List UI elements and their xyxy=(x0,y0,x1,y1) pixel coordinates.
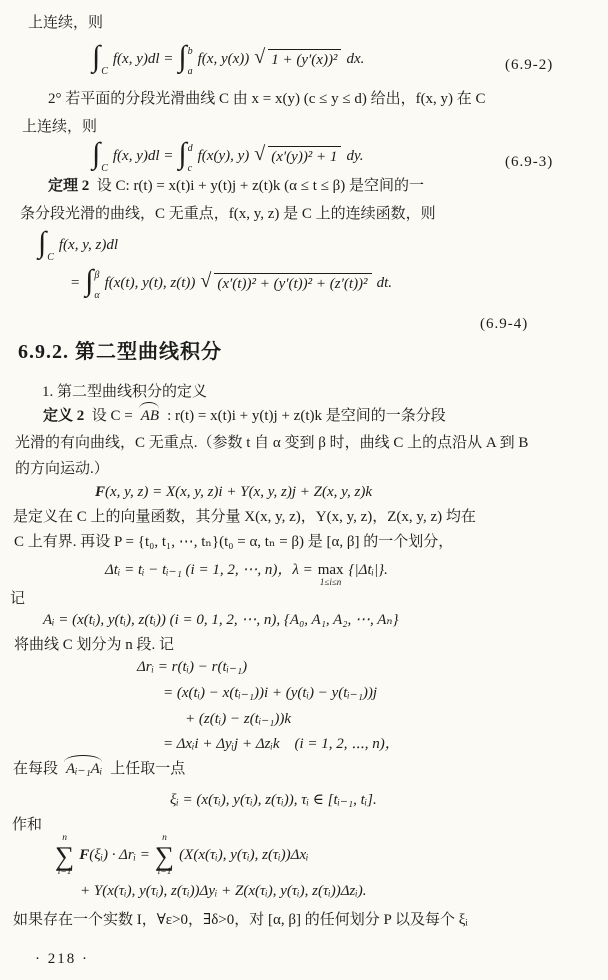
theorem-text: 设 C: r(t) = x(t)i + y(t)j + z(t)k (α ≤ t… xyxy=(97,178,424,194)
delta-r-line-4: = Δxᵢi + Δyᵢj + Δzᵢk (i = 1, 2, ⋯, n)， xyxy=(163,735,400,754)
integral-lower-limit: a xyxy=(188,67,193,77)
integral-upper-limit: d xyxy=(188,144,193,154)
integral-upper-limit: b xyxy=(188,47,193,57)
integral-limits: C xyxy=(47,233,54,263)
delta-r-line-2: = (x(tᵢ) − x(tᵢ₋₁))i + (y(tᵢ) − y(tᵢ₋₁))… xyxy=(163,684,377,703)
case2-line-2: 上连续，则 xyxy=(22,118,97,137)
equation-6-9-4-rhs: = ∫ β α f(x(t), y(t), z(t)) √ (x′(t))² +… xyxy=(70,268,392,298)
sigma-operator: n ∑ i=1 xyxy=(55,834,74,877)
max-subscript: 1≤i≤n xyxy=(320,578,341,587)
case2-line-1: 2° 若平面的分段光滑曲线 C 由 x = x(y) (c ≤ y ≤ d) 给… xyxy=(48,90,486,109)
delta-r-line-1: Δrᵢ = r(tᵢ) − r(tᵢ₋₁) xyxy=(137,658,247,677)
theorem-label: 定理 2 xyxy=(48,178,89,194)
radicand: (x′(y))² + 1 xyxy=(268,146,341,167)
integral-limits: b a xyxy=(188,47,193,77)
max-operator: max 1≤i≤n xyxy=(318,563,344,587)
equation-integrand: f(x, y(x)) xyxy=(198,50,250,69)
theorem-2-line-1: 定理 2 设 C: r(t) = x(t)i + y(t)j + z(t)k (… xyxy=(48,177,424,196)
riemann-sum-line-2: + Y(x(τᵢ), y(τᵢ), z(τᵢ))Δyᵢ + Z(x(τᵢ), y… xyxy=(80,882,366,901)
vector-F: F xyxy=(95,484,105,500)
vector-field-body: (x, y, z) = X(x, y, z)i + Y(x, y, z)j + … xyxy=(105,484,372,500)
segment-pick-line: 在每段Aᵢ₋₁Aᵢ上任取一点 xyxy=(13,760,185,779)
integral-icon: ∫ xyxy=(38,230,46,256)
riemann-sum-line-1: n ∑ i=1 F (ξᵢ) · Δrᵢ = n ∑ i=1 (X(x(τᵢ),… xyxy=(55,834,309,877)
definition-post: : r(t) = x(t)i + y(t)j + z(t)k 是空间的一条分段 xyxy=(167,408,446,424)
sigma-lower-limit: i=1 xyxy=(58,868,72,878)
radicand: 1 + (y′(x))² xyxy=(268,49,341,70)
equation-6-9-3: ∫ C f(x, y)dl = ∫ d c f(x(y), y) √ (x′(y… xyxy=(92,141,364,171)
sigma-icon: ∑ xyxy=(55,844,74,868)
sqrt-icon: √ xyxy=(254,144,265,164)
components-line-2: C 上有界. 再设 P = {t₀, t₁, ⋯, tₙ}(t₀ = α, tₙ… xyxy=(14,533,453,552)
integral-upper-limit xyxy=(101,144,108,153)
integral: ∫ β α xyxy=(85,268,99,298)
integral: ∫ C xyxy=(92,141,108,171)
definition-2-line-1: 定义 2 设 C =AB: r(t) = x(t)i + y(t)j + z(t… xyxy=(43,407,446,426)
sub-heading: 1. 第二型曲线积分的定义 xyxy=(42,383,207,402)
integral-upper-limit xyxy=(101,47,108,56)
sum-F: F xyxy=(79,846,89,865)
sigma-lower-limit: i=1 xyxy=(158,868,172,878)
equation-differential: dt. xyxy=(377,274,392,293)
integral-icon: ∫ xyxy=(92,141,100,167)
integral: ∫ C xyxy=(38,230,54,260)
segment-post: 上任取一点 xyxy=(110,761,185,777)
equation-lhs: f(x, y)dl = xyxy=(113,50,174,69)
page-number: · 218 · xyxy=(35,950,89,969)
divide-curve-line: 将曲线 C 划分为 n 段. 记 xyxy=(14,636,174,655)
equation-6-9-4-lhs: ∫ C f(x, y, z)dl xyxy=(38,230,118,260)
arc-Ai-1-Ai: Aᵢ₋₁Aᵢ xyxy=(64,760,104,779)
integral-limits: C xyxy=(101,47,108,77)
zuohe-label: 作和 xyxy=(12,816,42,835)
radicand: (x′(t))² + (y′(t))² + (z′(t))² xyxy=(214,273,371,294)
paragraph-continuation-line: 上连续，则 xyxy=(28,14,103,33)
max-word: max xyxy=(318,563,344,578)
delta-t-lhs: Δtᵢ = tᵢ − tᵢ₋₁ (i = 1, 2, ⋯, n)，λ = xyxy=(105,561,313,580)
equation-6-9-2: ∫ C f(x, y)dl = ∫ b a f(x, y(x)) √ 1 + (… xyxy=(92,44,364,74)
partition-points-line: Aᵢ = (x(tᵢ), y(tᵢ), z(tᵢ)) (i = 0, 1, 2,… xyxy=(43,611,398,630)
sum-mid: (ξᵢ) · Δrᵢ = xyxy=(89,846,150,865)
equation-differential: dy. xyxy=(346,147,363,166)
integral-limits: β α xyxy=(94,271,99,301)
final-condition-line: 如果存在一个实数 I，∀ε>0，∃δ>0，对 [α, β] 的任何划分 P 以及… xyxy=(13,911,468,930)
sqrt-icon: √ xyxy=(254,47,265,67)
integral-lower-limit: C xyxy=(47,253,54,263)
components-line-1: 是定义在 C 上的向量函数，其分量 X(x, y, z)，Y(x, y, z)，… xyxy=(13,508,476,527)
page: 上连续，则 ∫ C f(x, y)dl = ∫ b a f(x, y(x)) √… xyxy=(0,0,608,980)
delta-t-rhs: {|Δtᵢ|}. xyxy=(349,561,388,580)
integral-upper-limit xyxy=(47,233,54,242)
equation-integrand: f(x(y), y) xyxy=(198,147,250,166)
equation-integrand: f(x(t), y(t), z(t)) xyxy=(105,274,196,293)
integral-icon: ∫ xyxy=(85,268,93,294)
sqrt-icon: √ xyxy=(200,271,211,291)
definition-label: 定义 2 xyxy=(43,408,84,424)
integral-lower-limit: α xyxy=(94,291,99,301)
xi-point-line: ξᵢ = (x(τᵢ), y(τᵢ), z(τᵢ)), τᵢ ∈ [tᵢ₋₁, … xyxy=(170,791,377,810)
integral: ∫ d c xyxy=(178,141,192,171)
delta-t-equation: Δtᵢ = tᵢ − tᵢ₋₁ (i = 1, 2, ⋯, n)，λ = max… xyxy=(105,558,388,582)
integral-limits: C xyxy=(101,144,108,174)
delta-r-line-3: + (z(tᵢ) − z(tᵢ₋₁))k xyxy=(185,710,291,729)
vector-field-equation: F(x, y, z) = X(x, y, z)i + Y(x, y, z)j +… xyxy=(95,483,372,502)
sum-rhs: (X(x(τᵢ), y(τᵢ), z(τᵢ))Δxᵢ xyxy=(179,846,308,865)
integral-lower-limit: C xyxy=(101,164,108,174)
definition-2-line-3: 的方向运动.） xyxy=(15,460,109,479)
integral-upper-limit: β xyxy=(94,271,99,281)
integral: ∫ b a xyxy=(178,44,192,74)
equation-number: (6.9-3) xyxy=(505,153,553,172)
section-heading: 6.9.2. 第二型曲线积分 xyxy=(18,340,222,365)
integral-icon: ∫ xyxy=(92,44,100,70)
definition-pre: 设 C = xyxy=(92,408,133,424)
integral-limits: d c xyxy=(188,144,193,174)
arc-AB: AB xyxy=(139,407,161,426)
integral-icon: ∫ xyxy=(178,141,186,167)
equation-lhs: f(x, y, z)dl xyxy=(59,236,118,255)
equals-sign: = xyxy=(70,274,80,293)
equation-number: (6.9-2) xyxy=(505,56,553,75)
sigma-icon: ∑ xyxy=(155,844,174,868)
integral-lower-limit: c xyxy=(188,164,193,174)
integral: ∫ C xyxy=(92,44,108,74)
equation-differential: dx. xyxy=(346,50,364,69)
integral-lower-limit: C xyxy=(101,67,108,77)
theorem-2-line-2: 条分段光滑的曲线，C 无重点，f(x, y, z) 是 C 上的连续函数，则 xyxy=(20,205,436,224)
segment-pre: 在每段 xyxy=(13,761,58,777)
sigma-operator: n ∑ i=1 xyxy=(155,834,174,877)
equation-lhs: f(x, y)dl = xyxy=(113,147,174,166)
definition-2-line-2: 光滑的有向曲线，C 无重点.（参数 t 自 α 变到 β 时，曲线 C 上的点沿… xyxy=(15,434,528,453)
equation-number: (6.9-4) xyxy=(480,315,528,334)
integral-icon: ∫ xyxy=(178,44,186,70)
ji-label: 记 xyxy=(10,590,25,609)
